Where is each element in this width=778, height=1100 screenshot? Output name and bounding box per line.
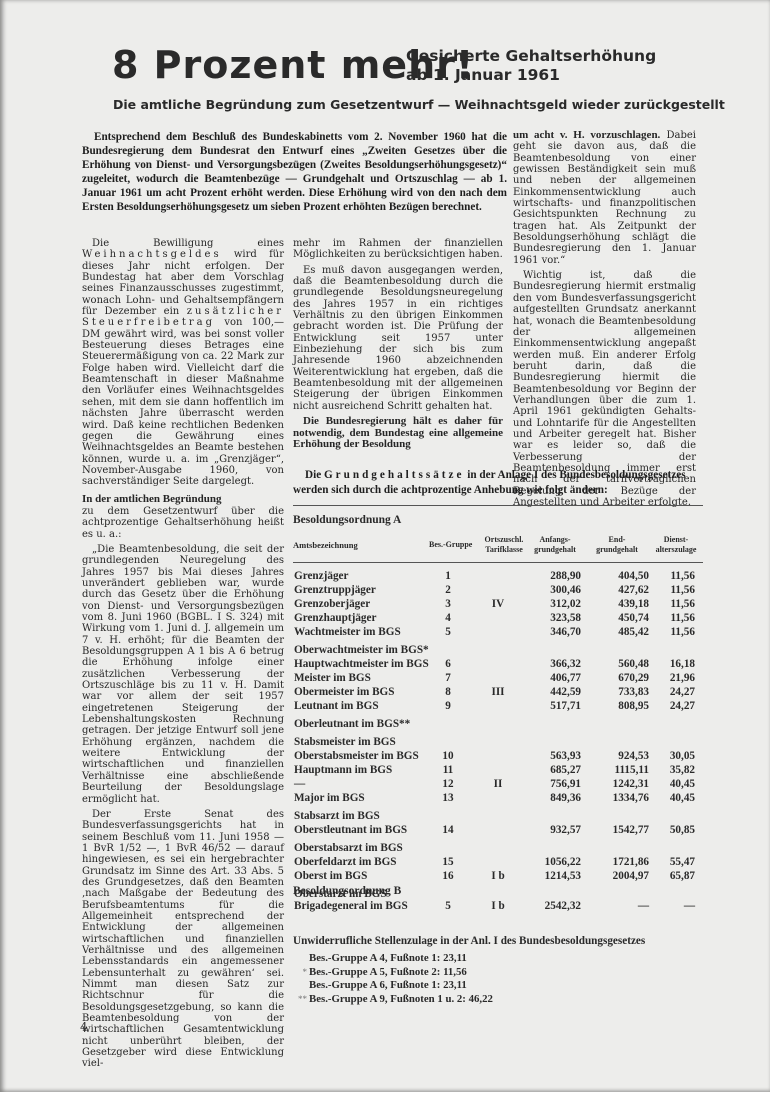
cell-dienstalterszulage: 50,85 (643, 824, 695, 836)
list-item-text: Bes.-Gruppe A 5, Fußnote 2: 11,56 (309, 966, 467, 978)
paragraph: um acht v. H. vorzuschlagen. Dabei geht … (513, 130, 696, 266)
table-row: Stabsarzt im BGS (293, 810, 703, 823)
text: Die (293, 469, 324, 481)
cell-bes-gruppe: 9 (433, 700, 463, 712)
cell-anfangsgrundgehalt: 288,90 (521, 570, 581, 582)
cell-endgrundgehalt: 924,53 (585, 750, 649, 762)
cell-bes-gruppe: 7 (433, 672, 463, 684)
paragraph: zu dem Gesetzentwurf über die achtprozen… (82, 506, 284, 540)
cell-amtsbezeichnung: Oberstabsmeister im BGS (294, 750, 419, 762)
table-row: Oberstabsarzt im BGS (293, 842, 703, 855)
cell-amtsbezeichnung: — (294, 778, 305, 790)
cell-dienstalterszulage: 11,56 (643, 598, 695, 610)
cell-anfangsgrundgehalt: 932,57 (521, 824, 581, 836)
list-item: **Bes.-Gruppe A 9, Fußnoten 1 u. 2: 46,2… (293, 993, 713, 1007)
cell-dienstalterszulage: 24,27 (643, 686, 695, 698)
table-row: Hauptwachtmeister im BGS6366,32560,4816,… (293, 658, 703, 671)
cell-anfangsgrundgehalt: 312,02 (521, 598, 581, 610)
cell-tarifklasse: IV (483, 598, 513, 610)
table-row: Oberwachtmeister im BGS* (293, 644, 703, 657)
cell-amtsbezeichnung: Oberleutnant im BGS** (294, 718, 410, 730)
col-header-gruppe: Bes.-Gruppe (429, 540, 472, 550)
table-row: Stabsmeister im BGS (293, 736, 703, 749)
page-number: 4 (80, 1020, 88, 1034)
cell-tarifklasse: III (483, 686, 513, 698)
cell-anfangsgrundgehalt: 1056,22 (521, 856, 581, 868)
text: End- (591, 535, 643, 545)
cell-dienstalterszulage: 11,56 (643, 626, 695, 638)
cell-bes-gruppe: 5 (433, 900, 463, 912)
text: grundgehalt (591, 545, 643, 555)
cell-amtsbezeichnung: Oberfeldarzt im BGS (294, 856, 397, 868)
table-row: Oberstabsmeister im BGS10563,93924,5330,… (293, 750, 703, 763)
cell-amtsbezeichnung: Grenzoberjäger (294, 598, 370, 610)
cell-bes-gruppe: 13 (433, 792, 463, 804)
paragraph: „Die Beamtenbesoldung, die seit der grun… (82, 544, 284, 805)
cell-amtsbezeichnung: Obermeister im BGS (294, 686, 394, 698)
footnote-marker: ** (293, 993, 307, 1007)
cell-amtsbezeichnung: Oberwachtmeister im BGS* (294, 644, 429, 656)
cell-anfangsgrundgehalt: 685,27 (521, 764, 581, 776)
cell-bes-gruppe: 11 (433, 764, 463, 776)
cell-anfangsgrundgehalt: 323,58 (521, 612, 581, 624)
divider (293, 505, 703, 506)
text: grundgehalt (529, 545, 581, 555)
table-row: Obermeister im BGS8III442,59733,8324,27 (293, 686, 703, 699)
cell-dienstalterszulage: 16,18 (643, 658, 695, 670)
cell-anfangsgrundgehalt: 2542,32 (521, 900, 581, 912)
column-3: um acht v. H. vorzuschlagen. Dabei geht … (513, 130, 696, 512)
table-row: Grenztruppjäger2300,46427,6211,56 (293, 584, 703, 597)
table-row: Grenzhauptjäger4323,58450,7411,56 (293, 612, 703, 625)
cell-bes-gruppe: 1 (433, 570, 463, 582)
cell-dienstalterszulage: 40,45 (643, 792, 695, 804)
document-page: 8 Prozent mehr! Gesicherte Gehaltserhöhu… (0, 0, 770, 1092)
cell-dienstalterszulage: 21,96 (643, 672, 695, 684)
list-item: Bes.-Gruppe A 6, Fußnote 1: 23,11 (293, 979, 713, 993)
cell-anfangsgrundgehalt: 756,91 (521, 778, 581, 790)
table-row: Brigadegeneral im BGS5I b2542,32—— (293, 900, 703, 913)
cell-amtsbezeichnung: Oberst im BGS (294, 870, 367, 882)
cell-dienstalterszulage: 11,56 (643, 570, 695, 582)
cell-bes-gruppe: 16 (433, 870, 463, 882)
table-row: —12II756,911242,3140,45 (293, 778, 703, 791)
table-row: Wachtmeister im BGS5346,70485,4211,56 (293, 626, 703, 639)
cell-amtsbezeichnung: Oberstleutnant im BGS (294, 824, 407, 836)
table-row: Oberstleutnant im BGS14932,571542,7750,8… (293, 824, 703, 837)
paragraph-bold: Die Bundesregierung hält es daher für no… (293, 416, 503, 450)
list-item-text: Bes.-Gruppe A 6, Fußnote 1: 23,11 (309, 979, 467, 991)
cell-endgrundgehalt: 733,83 (585, 686, 649, 698)
cell-dienstalterszulage: 24,27 (643, 700, 695, 712)
stellenzulage-title: Unwiderrufliche Stellenzulage in der Anl… (293, 935, 713, 947)
text: von 100,— DM gewährt wird, was bei sonst… (82, 317, 284, 487)
cell-anfangsgrundgehalt: 406,77 (521, 672, 581, 684)
cell-dienstalterszulage: 30,05 (643, 750, 695, 762)
cell-endgrundgehalt: 670,29 (585, 672, 649, 684)
cell-endgrundgehalt: 485,42 (585, 626, 649, 638)
cell-endgrundgehalt: 2004,97 (585, 870, 649, 882)
spaced-text: Weihnachtsgeldes (82, 249, 222, 260)
cell-bes-gruppe: 2 (433, 584, 463, 596)
cell-anfangsgrundgehalt: 300,46 (521, 584, 581, 596)
cell-amtsbezeichnung: Grenzjäger (294, 570, 348, 582)
text: Tarifklasse (481, 545, 527, 555)
cell-endgrundgehalt: 1334,76 (585, 792, 649, 804)
cell-bes-gruppe: 12 (433, 778, 463, 790)
cell-dienstalterszulage: 11,56 (643, 584, 695, 596)
cell-anfangsgrundgehalt: 442,59 (521, 686, 581, 698)
cell-bes-gruppe: 10 (433, 750, 463, 762)
cell-dienstalterszulage: 65,87 (643, 870, 695, 882)
cell-anfangsgrundgehalt: 517,71 (521, 700, 581, 712)
cell-amtsbezeichnung: Stabsmeister im BGS (294, 736, 396, 748)
table-row: Oberleutnant im BGS** (293, 718, 703, 731)
cell-tarifklasse: II (483, 778, 513, 790)
col-header-anfangsgrundgehalt: Anfangs- grundgehalt (529, 535, 581, 555)
cell-amtsbezeichnung: Grenztruppjäger (294, 584, 376, 596)
divider (293, 562, 703, 563)
text: alterszulage (649, 545, 703, 555)
cell-bes-gruppe: 8 (433, 686, 463, 698)
section-title-a: Besoldungsordnung A (293, 514, 703, 526)
paragraph: Es muß davon ausgegangen werden, daß die… (293, 265, 503, 412)
col-header-ortszuschlag: Ortszuschl. Tarifklasse (481, 535, 527, 555)
cell-dienstalterszulage: — (643, 900, 695, 912)
table-row: Grenzjäger1288,90404,5011,56 (293, 570, 703, 583)
column-2: mehr im Rahmen der finanziellen Möglichk… (293, 238, 503, 454)
cell-amtsbezeichnung: Oberstabsarzt im BGS (294, 842, 403, 854)
col-header-endgrundgehalt: End- grundgehalt (591, 535, 643, 555)
table-intro: Die Grundgehaltssätze in der Anlage I de… (293, 468, 703, 498)
text: Die Bewilligung eines (92, 238, 284, 249)
cell-dienstalterszulage: 40,45 (643, 778, 695, 790)
cell-endgrundgehalt: 1542,77 (585, 824, 649, 836)
text: Anfangs- (529, 535, 581, 545)
cell-anfangsgrundgehalt: 1214,53 (521, 870, 581, 882)
cell-amtsbezeichnung: Leutnant im BGS (294, 700, 379, 712)
section-title-b: Besoldungsordnung B (293, 885, 703, 897)
cell-amtsbezeichnung: Major im BGS (294, 792, 365, 804)
paragraph: Die Bewilligung eines Weihnachtsgeldes w… (82, 238, 284, 488)
cell-anfangsgrundgehalt: 563,93 (521, 750, 581, 762)
cell-tarifklasse: I b (483, 900, 513, 912)
cell-amtsbezeichnung: Wachtmeister im BGS (294, 626, 401, 638)
cell-anfangsgrundgehalt: 849,36 (521, 792, 581, 804)
cell-endgrundgehalt: 439,18 (585, 598, 649, 610)
cell-amtsbezeichnung: Meister im BGS (294, 672, 371, 684)
cell-endgrundgehalt: 450,74 (585, 612, 649, 624)
table-row: Leutnant im BGS9517,71808,9524,27 (293, 700, 703, 713)
cell-anfangsgrundgehalt: 346,70 (521, 626, 581, 638)
col-header-dienstalterszulage: Dienst- alterszulage (649, 535, 703, 555)
cell-endgrundgehalt: 427,62 (585, 584, 649, 596)
text: Ortszuschl. (481, 535, 527, 545)
cell-endgrundgehalt: 1242,31 (585, 778, 649, 790)
spaced-text: Grundgehaltssätze (324, 469, 465, 481)
cell-endgrundgehalt: 1115,11 (585, 764, 649, 776)
paragraph: mehr im Rahmen der finanziellen Möglichk… (293, 238, 503, 261)
cell-endgrundgehalt: 404,50 (585, 570, 649, 582)
list-item-text: Bes.-Gruppe A 9, Fußnoten 1 u. 2: 46,22 (309, 993, 493, 1005)
column-1: Die Bewilligung eines Weihnachtsgeldes w… (82, 238, 284, 1074)
table-row: Grenzoberjäger3IV312,02439,1811,56 (293, 598, 703, 611)
list-item: Bes.-Gruppe A 4, Fußnote 1: 23,11 (293, 952, 713, 966)
section-heading: In der amtlichen Begründung (82, 494, 284, 505)
cell-bes-gruppe: 14 (433, 824, 463, 836)
lead-paragraph: Entsprechend dem Beschluß des Bundeskabi… (82, 130, 507, 214)
cell-bes-gruppe: 6 (433, 658, 463, 670)
list-item: *Bes.-Gruppe A 5, Fußnote 2: 11,56 (293, 966, 713, 980)
table-row: Meister im BGS7406,77670,2921,96 (293, 672, 703, 685)
footnote-marker: * (293, 966, 307, 980)
cell-bes-gruppe: 3 (433, 598, 463, 610)
cell-dienstalterszulage: 35,82 (643, 764, 695, 776)
list-item-text: Bes.-Gruppe A 4, Fußnote 1: 23,11 (309, 952, 467, 964)
table-row: Major im BGS13849,361334,7640,45 (293, 792, 703, 805)
table-row: Oberfeldarzt im BGS151056,221721,8655,47 (293, 856, 703, 869)
table-row: Oberst im BGS16I b1214,532004,9765,87 (293, 870, 703, 883)
cell-anfangsgrundgehalt: 366,32 (521, 658, 581, 670)
table-row: Hauptmann im BGS11685,271115,1135,82 (293, 764, 703, 777)
cell-bes-gruppe: 5 (433, 626, 463, 638)
paragraph: Der Erste Senat des Bundesverfassungsger… (82, 809, 284, 1070)
col-header-amt: Amtsbezeichnung (293, 540, 358, 550)
cell-amtsbezeichnung: Stabsarzt im BGS (294, 810, 380, 822)
cell-amtsbezeichnung: Hauptwachtmeister im BGS (294, 658, 429, 670)
cell-bes-gruppe: 4 (433, 612, 463, 624)
deck-line: Die amtliche Begründung zum Gesetzentwur… (113, 97, 725, 112)
cell-endgrundgehalt: — (585, 900, 649, 912)
cell-amtsbezeichnung: Brigadegeneral im BGS (294, 900, 408, 912)
salary-table: Besoldungsordnung A Amtsbezeichnung Bes.… (293, 514, 703, 526)
cell-endgrundgehalt: 560,48 (585, 658, 649, 670)
bold-text: um acht v. H. vorzuschlagen. (513, 129, 660, 141)
stellenzulage-block: Unwiderrufliche Stellenzulage in der Anl… (293, 935, 713, 1006)
cell-dienstalterszulage: 55,47 (643, 856, 695, 868)
stellenzulage-list: Bes.-Gruppe A 4, Fußnote 1: 23,11*Bes.-G… (293, 952, 713, 1006)
cell-endgrundgehalt: 1721,86 (585, 856, 649, 868)
subtitle-line-1: Gesicherte Gehaltserhöhung (406, 47, 656, 66)
cell-endgrundgehalt: 808,95 (585, 700, 649, 712)
headline-subtitle: Gesicherte Gehaltserhöhung ab 1. Januar … (406, 47, 656, 85)
cell-amtsbezeichnung: Hauptmann im BGS (294, 764, 392, 776)
text: Dabei geht sie davon aus, daß die Beamte… (513, 130, 696, 266)
text: Besoldungsordnung B (293, 885, 703, 897)
cell-dienstalterszulage: 11,56 (643, 612, 695, 624)
subtitle-line-2: ab 1. Januar 1961 (406, 66, 656, 85)
cell-bes-gruppe: 15 (433, 856, 463, 868)
cell-tarifklasse: I b (483, 870, 513, 882)
cell-amtsbezeichnung: Grenzhauptjäger (294, 612, 376, 624)
text: Dienst- (649, 535, 703, 545)
